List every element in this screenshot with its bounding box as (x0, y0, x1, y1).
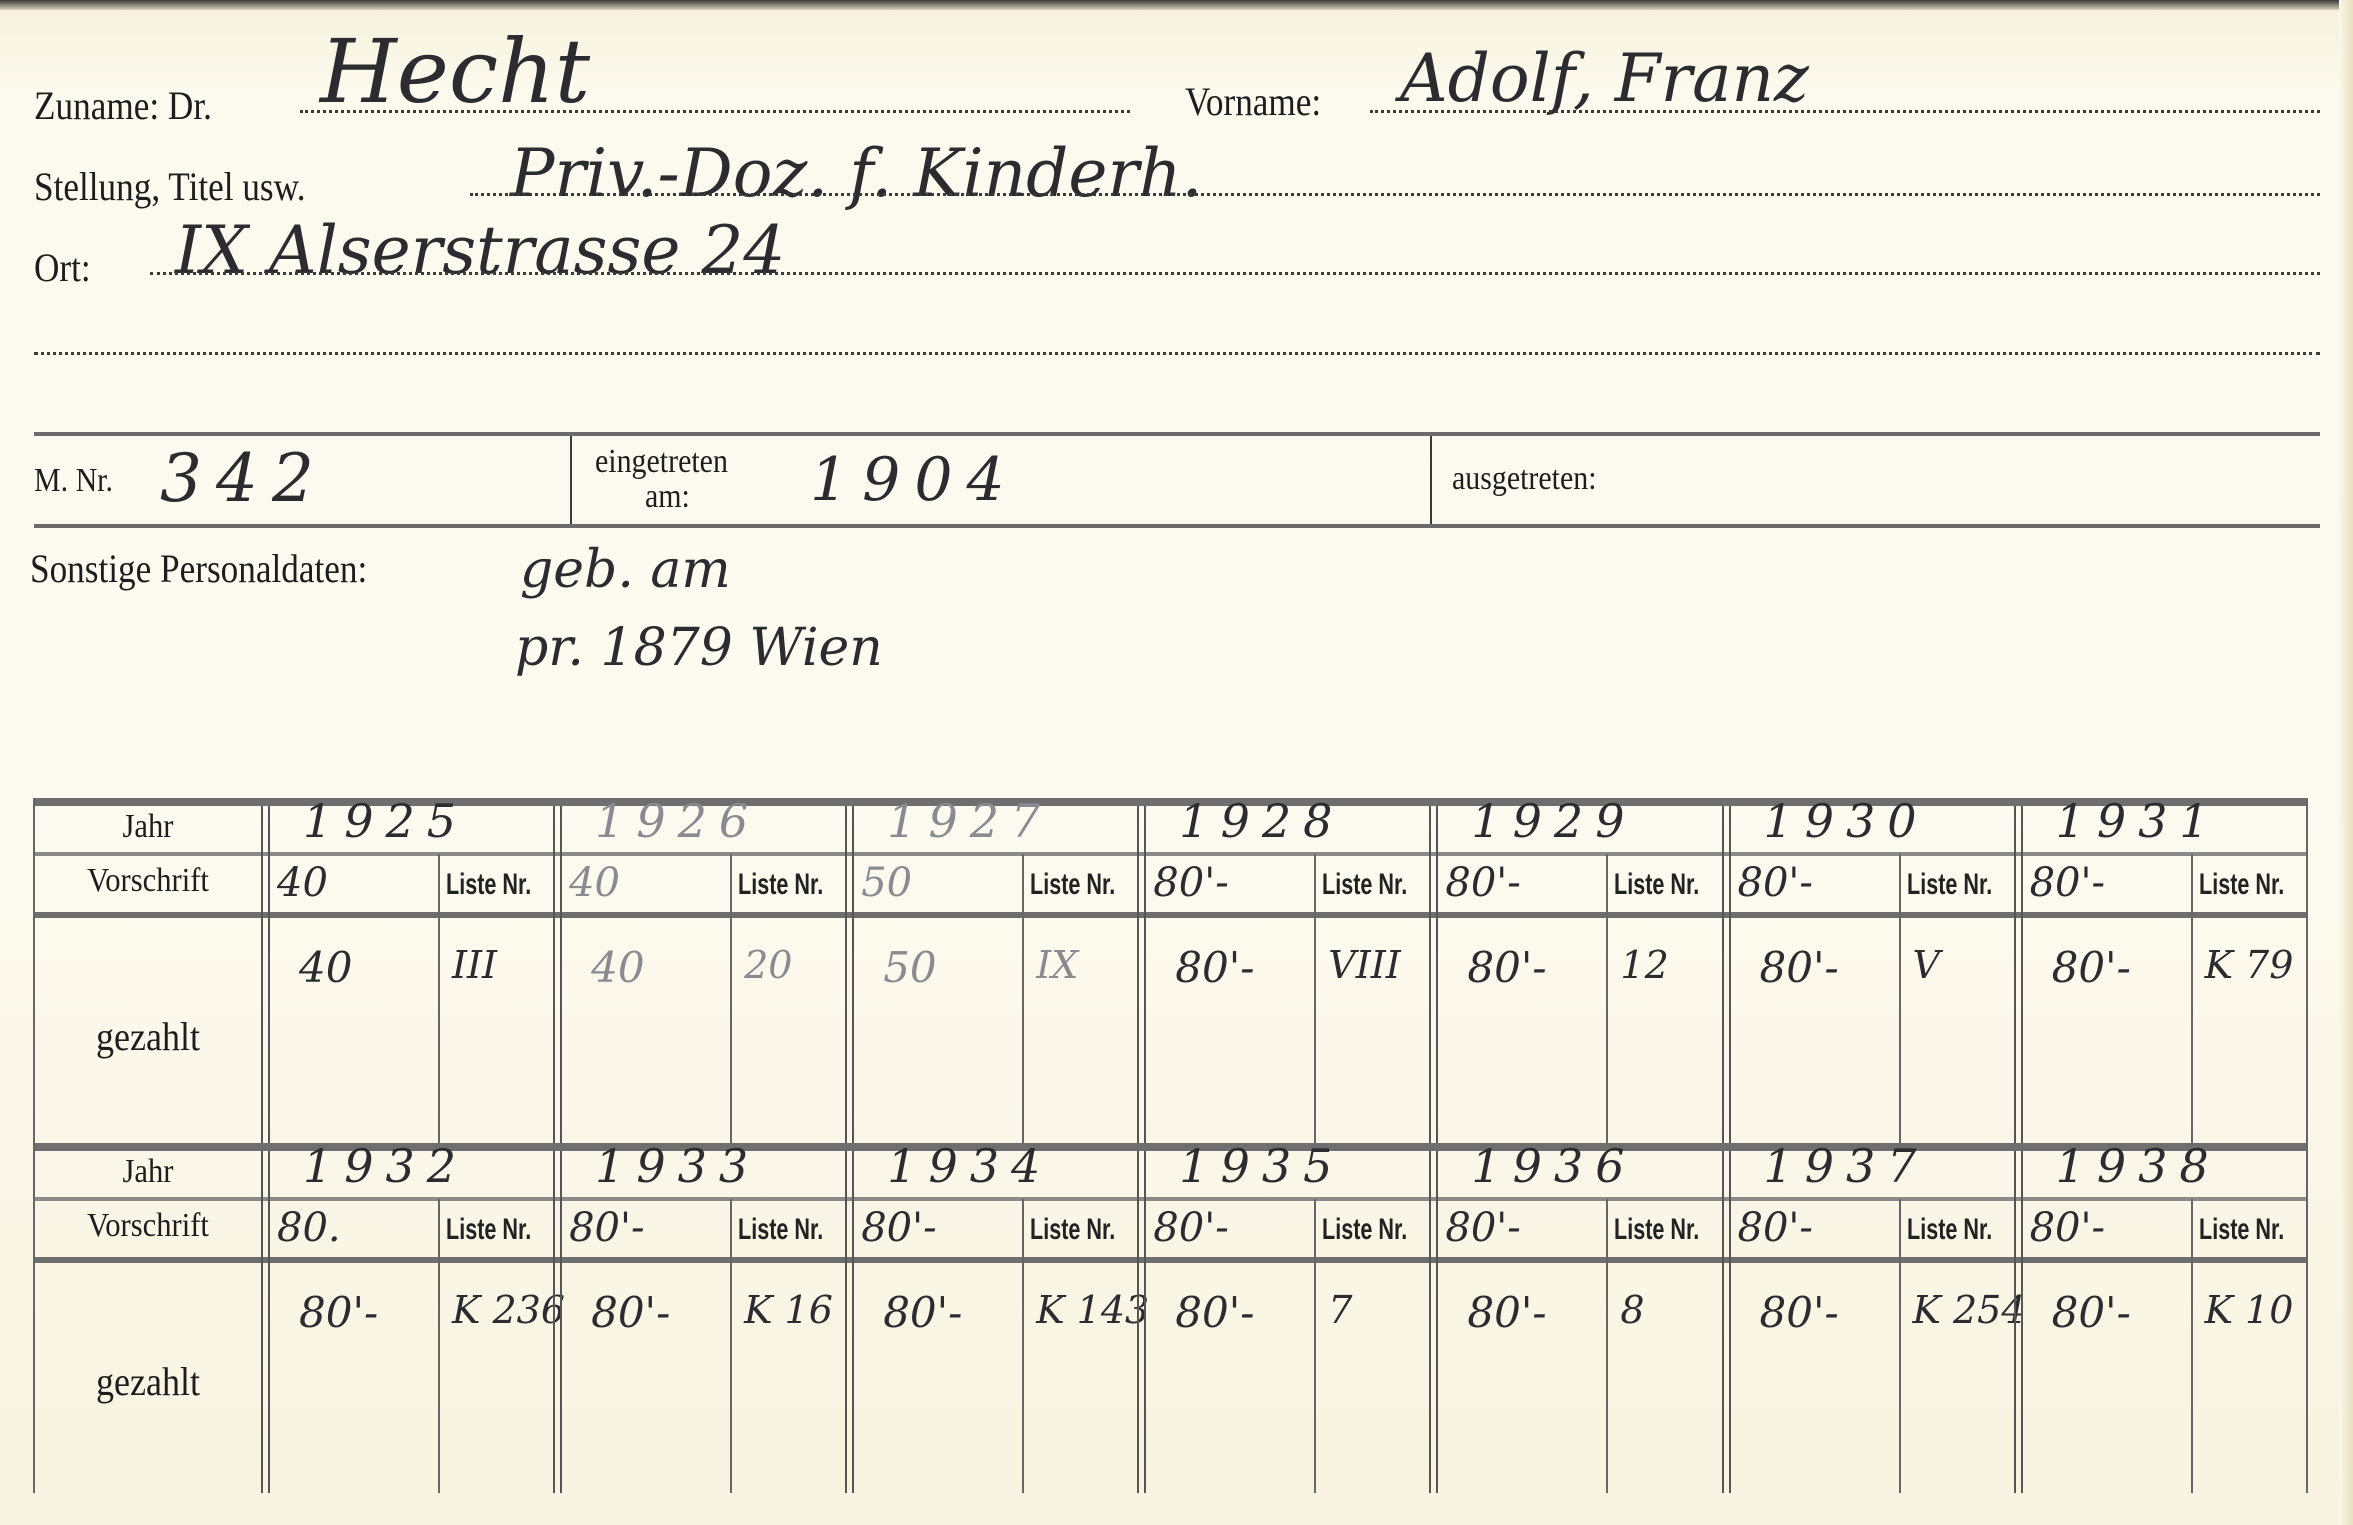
ausgetreten-divider (1430, 436, 1432, 524)
membership-card: Zuname: Dr. Hecht Vorname: Adolf, Franz … (0, 0, 2353, 1525)
liste-nr-value: K 236 (452, 1288, 565, 1332)
gezahlt-label: gezahlt (45, 1013, 252, 1060)
sonstige-line-1: geb. am (520, 540, 731, 600)
stellung-dotted-line (470, 193, 2320, 196)
year-value: 1937 (1764, 1139, 1929, 1193)
liste-nr-value: 8 (1620, 1288, 1644, 1332)
mnr-divider (570, 436, 572, 524)
liste-column-divider (2191, 854, 2193, 1148)
liste-nr-label: Liste Nr. (1907, 868, 1992, 902)
mnr-value: 342 (160, 440, 328, 517)
year-column-divider (845, 806, 854, 1148)
liste-column-divider (730, 854, 732, 1148)
jahr-label: Jahr (45, 808, 252, 846)
liste-nr-value: 7 (1328, 1288, 1352, 1332)
vorname-dotted-line (1370, 110, 2320, 113)
year-value: 1925 (303, 794, 468, 848)
gezahlt-value: 40 (299, 943, 352, 992)
year-value: 1938 (2056, 1139, 2221, 1193)
liste-nr-label: Liste Nr. (1322, 868, 1407, 902)
liste-column-divider (1606, 854, 1608, 1148)
jahr-bottom-rule (33, 852, 2308, 856)
vorschrift-value: 80'- (1445, 860, 1520, 906)
table-left-border (33, 798, 35, 1148)
gezahlt-value: 80'- (1467, 943, 1546, 992)
vorschrift-value: 80'- (2030, 860, 2105, 906)
gezahlt-value: 40 (591, 943, 644, 992)
year-column-divider (1429, 1151, 1438, 1493)
zuname-dotted-line (300, 110, 1130, 113)
gezahlt-value: 80'- (1467, 1288, 1546, 1337)
vorschrift-value: 80'- (1153, 1205, 1228, 1251)
liste-nr-label: Liste Nr. (1322, 1213, 1407, 1247)
liste-nr-label: Liste Nr. (1614, 868, 1699, 902)
vorschrift-value: 80. (277, 1205, 341, 1251)
vorschrift-bottom-rule (33, 1257, 2308, 1263)
liste-nr-value: IX (1036, 943, 1078, 987)
year-column-divider (1137, 806, 1146, 1148)
liste-column-divider (1899, 1199, 1901, 1493)
ort-dotted-line (150, 272, 2320, 275)
vorschrift-value: 40 (569, 860, 620, 906)
liste-column-divider (1606, 1199, 1608, 1493)
card-right-edge (2339, 0, 2353, 1525)
vorschrift-label: Vorschrift (45, 1207, 252, 1245)
sonstige-label: Sonstige Personaldaten: (30, 545, 367, 592)
dues-table-1925-1931: JahrVorschriftgezahlt192540Liste Nr.40II… (33, 798, 2308, 1148)
vorschrift-value: 80'- (861, 1205, 936, 1251)
year-value: 1926 (595, 794, 760, 848)
vorname-value: Adolf, Franz (1400, 40, 1809, 117)
zuname-value: Hecht (320, 20, 590, 123)
gezahlt-value: 80'- (1760, 943, 1839, 992)
dues-table-1932-1938: JahrVorschriftgezahlt193280.Liste Nr.80'… (33, 1143, 2308, 1493)
year-column-divider (553, 806, 562, 1148)
liste-nr-value: V (1913, 943, 1940, 987)
liste-column-divider (730, 1199, 732, 1493)
table-left-border (33, 1143, 35, 1493)
liste-nr-label: Liste Nr. (446, 868, 531, 902)
eingetreten-label: eingetreten (595, 443, 728, 481)
vorschrift-value: 80'- (1153, 860, 1228, 906)
vorschrift-value: 80'- (1738, 860, 1813, 906)
liste-nr-value: K 143 (1036, 1288, 1149, 1332)
liste-nr-value: 20 (744, 943, 792, 987)
year-column-divider (1429, 806, 1438, 1148)
ausgetreten-label: ausgetreten: (1452, 460, 1597, 498)
liste-nr-label: Liste Nr. (2199, 1213, 2284, 1247)
gezahlt-value: 80'- (2052, 943, 2131, 992)
card-top-edge (0, 0, 2353, 10)
year-column-divider (261, 1151, 270, 1493)
year-value: 1934 (887, 1139, 1052, 1193)
gezahlt-value: 80'- (1760, 1288, 1839, 1337)
year-value: 1930 (1764, 794, 1929, 848)
year-value: 1935 (1179, 1139, 1344, 1193)
mnr-top-rule (34, 432, 2320, 436)
vorschrift-value: 40 (277, 860, 328, 906)
liste-nr-label: Liste Nr. (1614, 1213, 1699, 1247)
year-value: 1933 (595, 1139, 760, 1193)
year-value: 1929 (1471, 794, 1636, 848)
year-column-divider (261, 806, 270, 1148)
vorschrift-value: 80'- (1738, 1205, 1813, 1251)
gezahlt-value: 50 (883, 943, 936, 992)
year-value: 1936 (1471, 1139, 1636, 1193)
liste-nr-label: Liste Nr. (1030, 868, 1115, 902)
vorschrift-value: 80'- (2030, 1205, 2105, 1251)
mnr-bottom-rule (34, 524, 2320, 528)
liste-nr-label: Liste Nr. (446, 1213, 531, 1247)
liste-nr-value: 12 (1620, 943, 1668, 987)
stellung-value: Priv.-Doz. f. Kinderh. (510, 135, 1202, 212)
gezahlt-value: 80'- (1175, 1288, 1254, 1337)
year-value: 1928 (1179, 794, 1344, 848)
liste-column-divider (1899, 854, 1901, 1148)
zuname-label: Zuname: Dr. (34, 82, 212, 129)
liste-column-divider (1022, 854, 1024, 1148)
liste-nr-value: K 254 (1913, 1288, 2026, 1332)
jahr-label: Jahr (45, 1153, 252, 1191)
sonstige-line-2: pr. 1879 Wien (515, 618, 883, 678)
liste-nr-value: III (452, 943, 497, 987)
liste-nr-value: K 16 (744, 1288, 833, 1332)
liste-nr-label: Liste Nr. (1907, 1213, 1992, 1247)
stellung-label: Stellung, Titel usw. (34, 163, 306, 210)
ort-value: IX Alserstrasse 24 (175, 212, 785, 289)
vorschrift-label: Vorschrift (45, 862, 252, 900)
jahr-bottom-rule (33, 1197, 2308, 1201)
table-right-border (2306, 798, 2308, 1148)
gezahlt-value: 80'- (883, 1288, 962, 1337)
year-value: 1931 (2056, 794, 2221, 848)
vorschrift-value: 80'- (1445, 1205, 1520, 1251)
vorschrift-value: 50 (861, 860, 912, 906)
eingetreten-am-label: am: (645, 478, 690, 516)
year-value: 1932 (303, 1139, 468, 1193)
liste-nr-value: VIII (1328, 943, 1400, 987)
blank-dotted-line (34, 352, 2320, 355)
liste-column-divider (438, 854, 440, 1148)
ort-label: Ort: (34, 244, 91, 291)
table-right-border (2306, 1143, 2308, 1493)
vorname-label: Vorname: (1185, 78, 1321, 125)
year-column-divider (845, 1151, 854, 1493)
year-column-divider (1722, 806, 1731, 1148)
year-column-divider (2014, 806, 2023, 1148)
gezahlt-value: 80'- (1175, 943, 1254, 992)
liste-nr-label: Liste Nr. (738, 868, 823, 902)
year-value: 1927 (887, 794, 1052, 848)
gezahlt-label: gezahlt (45, 1358, 252, 1405)
mnr-label: M. Nr. (34, 462, 113, 500)
year-column-divider (1722, 1151, 1731, 1493)
liste-column-divider (1314, 854, 1316, 1148)
gezahlt-value: 80'- (299, 1288, 378, 1337)
liste-column-divider (2191, 1199, 2193, 1493)
eingetreten-value: 1904 (810, 445, 1019, 515)
liste-column-divider (1022, 1199, 1024, 1493)
vorschrift-value: 80'- (569, 1205, 644, 1251)
year-column-divider (1137, 1151, 1146, 1493)
liste-nr-value: K 10 (2205, 1288, 2294, 1332)
year-column-divider (553, 1151, 562, 1493)
vorschrift-bottom-rule (33, 912, 2308, 918)
liste-nr-label: Liste Nr. (1030, 1213, 1115, 1247)
liste-nr-label: Liste Nr. (2199, 868, 2284, 902)
liste-nr-value: K 79 (2205, 943, 2294, 987)
liste-nr-label: Liste Nr. (738, 1213, 823, 1247)
liste-column-divider (1314, 1199, 1316, 1493)
liste-column-divider (438, 1199, 440, 1493)
gezahlt-value: 80'- (2052, 1288, 2131, 1337)
gezahlt-value: 80'- (591, 1288, 670, 1337)
year-column-divider (2014, 1151, 2023, 1493)
